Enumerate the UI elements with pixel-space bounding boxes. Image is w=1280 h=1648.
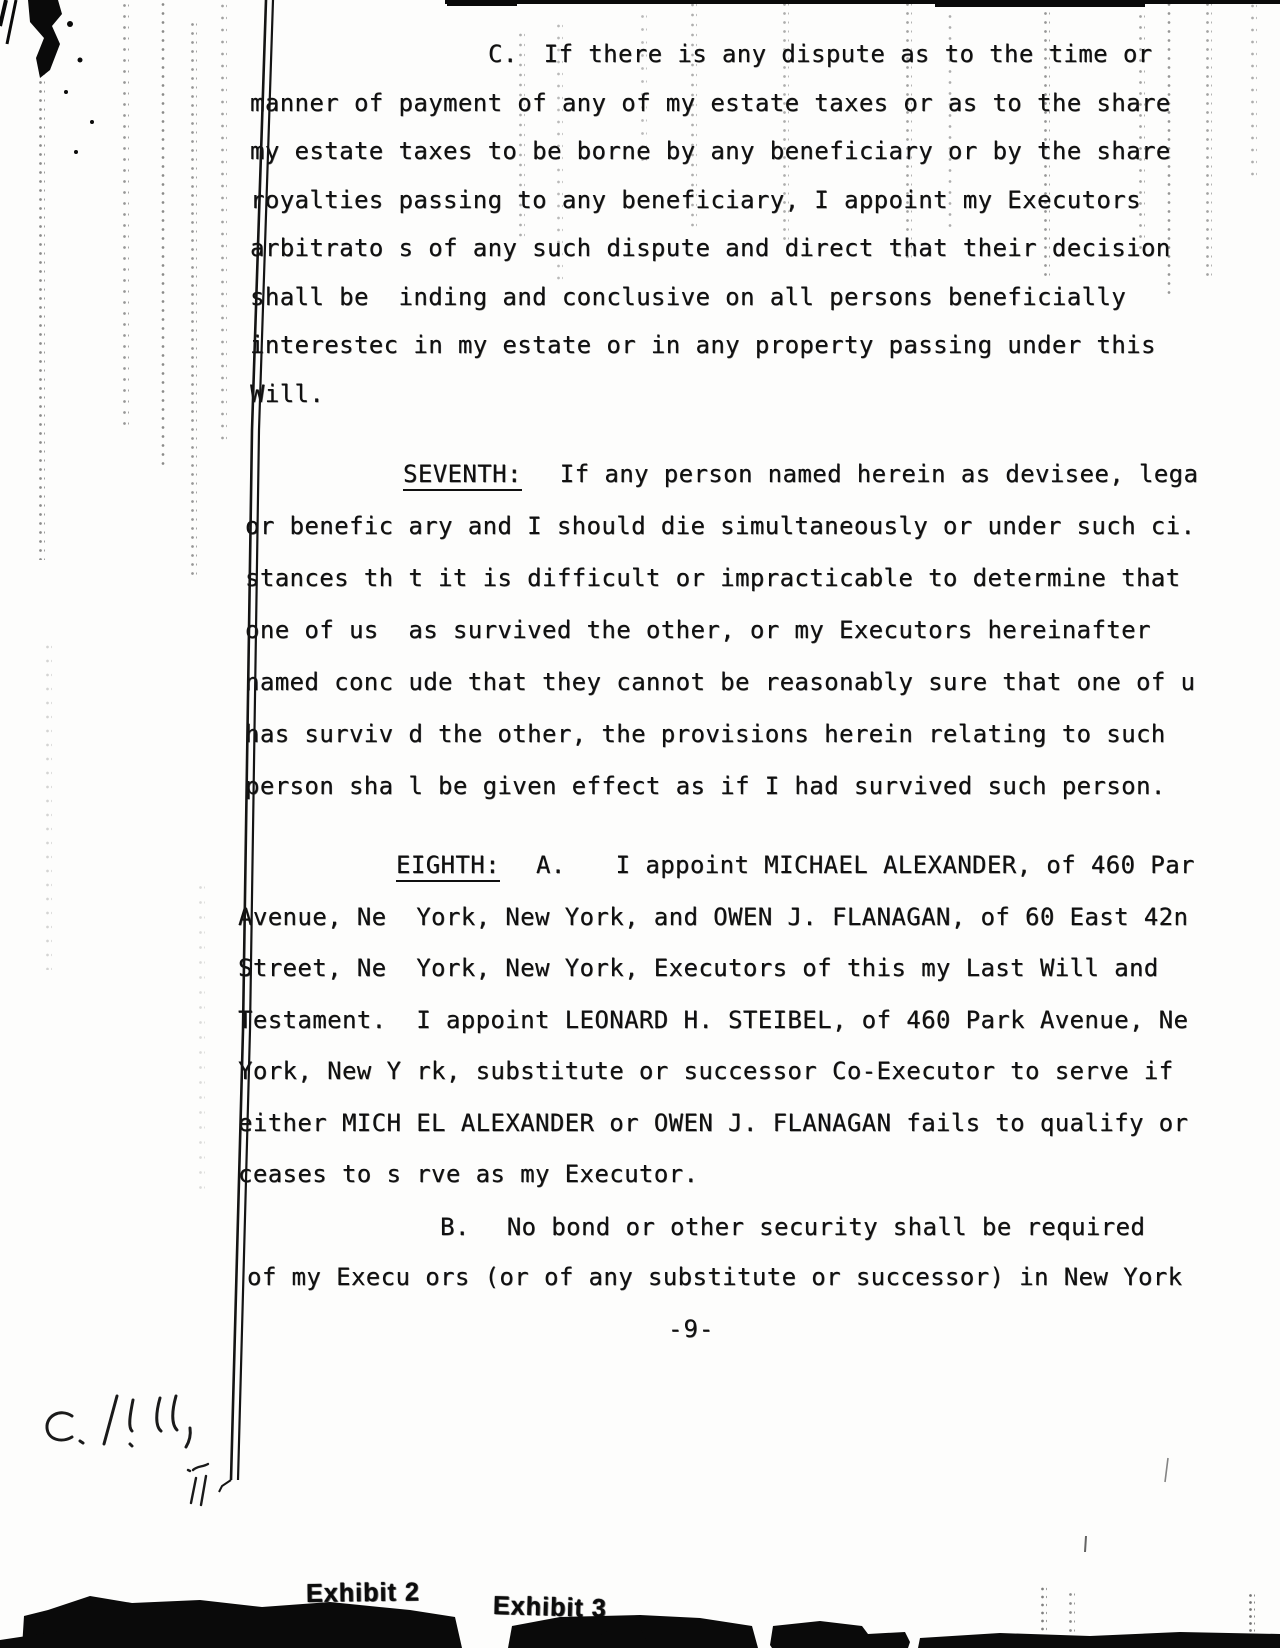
- paragraph-eighth-sub-label: A.: [536, 851, 566, 879]
- top-edge-artifact: [935, 0, 1145, 7]
- page-edge-line-end: [219, 1480, 231, 1492]
- text-line: either MICH EL ALEXANDER or OWEN J. FLAN…: [238, 1098, 1195, 1150]
- paragraph-c: C.If there is any dispute as to the time…: [250, 30, 1171, 418]
- text-line: royalties passing to any beneficiary, I …: [250, 176, 1171, 225]
- corner-mark: [7, 0, 16, 44]
- noise-streak: [1250, 0, 1257, 180]
- ink-speck: [64, 90, 68, 94]
- text-line: EIGHTH:A.I appoint MICHAEL ALEXANDER, of…: [238, 840, 1195, 892]
- noise-streak: [38, 60, 45, 560]
- text-line: No bond or other security shall be requi…: [507, 1213, 1146, 1241]
- text-line: shall be inding and conclusive on all pe…: [250, 273, 1171, 322]
- stray-mark: [1165, 1458, 1168, 1482]
- paragraph-eighth: EIGHTH:A.I appoint MICHAEL ALEXANDER, of…: [238, 840, 1195, 1201]
- noise-streak: [198, 880, 205, 1200]
- bottom-band: [770, 1621, 910, 1648]
- text-line: Testament. I appoint LEONARD H. STEIBEL,…: [238, 995, 1195, 1047]
- text-line: person sha l be given effect as if I had…: [245, 760, 1198, 812]
- text-line: or benefic ary and I should die simultan…: [245, 500, 1198, 552]
- corner-mark: [0, 0, 6, 26]
- noise-streak: [1248, 1592, 1255, 1636]
- text-line: has surviv d the other, the provisions h…: [245, 708, 1198, 760]
- paragraph-c-label: C.: [488, 40, 518, 68]
- ink-speck: [74, 150, 78, 154]
- top-edge-artifact: [447, 0, 517, 6]
- text-line: Will.: [250, 370, 1171, 419]
- ink-speck: [90, 120, 94, 124]
- text-line: York, New Y rk, substitute or successor …: [238, 1046, 1195, 1098]
- noise-streak: [160, 0, 167, 470]
- noise-streak: [220, 0, 227, 440]
- ink-speck: [67, 21, 73, 27]
- ink-speck: [78, 58, 83, 63]
- bottom-band: [600, 1628, 648, 1643]
- text-line: SEVENTH:If any person named herein as de…: [245, 448, 1198, 500]
- text-line: If there is any dispute as to the time o…: [544, 40, 1153, 68]
- paragraph-eighth-label: EIGHTH:: [396, 851, 500, 882]
- noise-streak: [1040, 1585, 1047, 1633]
- noise-streak: [122, 0, 129, 430]
- scanned-will-page: C.If there is any dispute as to the time…: [0, 0, 1280, 1648]
- text-line: my estate taxes to be borne by any benef…: [250, 127, 1171, 176]
- text-line: named conc ude that they cannot be reaso…: [245, 656, 1198, 708]
- text-line: arbitrato s of any such dispute and dire…: [250, 224, 1171, 273]
- noise-streak: [190, 20, 197, 580]
- paragraph-b-label: B.: [440, 1213, 470, 1241]
- exhibit-2-stamp: Exhibit 2: [306, 1576, 420, 1609]
- paragraph-seventh: SEVENTH:If any person named herein as de…: [245, 448, 1198, 812]
- text-line: ceases to s rve as my Executor.: [238, 1149, 1195, 1201]
- noise-streak: [1205, 0, 1212, 280]
- text-line: interestec in my estate or in any proper…: [250, 321, 1171, 370]
- text-line: Street, Ne York, New York, Executors of …: [238, 943, 1195, 995]
- handwritten-note: [47, 1396, 190, 1447]
- bottom-band: [0, 1631, 63, 1648]
- noise-streak: [45, 640, 52, 970]
- ink-blob: [28, 0, 62, 78]
- page-number: -9-: [668, 1315, 714, 1343]
- text-line: If any person named herein as devisee, l…: [560, 460, 1199, 488]
- text-line: stances th t it is difficult or impracti…: [245, 552, 1198, 604]
- pen-scribble: [188, 1464, 208, 1505]
- text-line: I appoint MICHAEL ALEXANDER, of 460 Par: [616, 851, 1195, 879]
- top-edge-artifact: [445, 0, 1280, 4]
- text-line: C.If there is any dispute as to the time…: [250, 30, 1171, 79]
- paragraph-seventh-label: SEVENTH:: [403, 460, 522, 491]
- bottom-band: [918, 1632, 1280, 1648]
- noise-streak: [1068, 1590, 1075, 1632]
- text-line: of my Execu ors (or of any substitute or…: [247, 1252, 1183, 1302]
- exhibit-3-stamp: Exhibit 3: [493, 1590, 608, 1624]
- text-line: B.No bond or other security shall be req…: [247, 1202, 1183, 1252]
- stray-mark: [1085, 1536, 1086, 1552]
- text-line: one of us as survived the other, or my E…: [245, 604, 1198, 656]
- text-line: Avenue, Ne York, New York, and OWEN J. F…: [238, 892, 1195, 944]
- paragraph-b: B.No bond or other security shall be req…: [247, 1202, 1183, 1302]
- text-line: manner of payment of any of my estate ta…: [250, 79, 1171, 128]
